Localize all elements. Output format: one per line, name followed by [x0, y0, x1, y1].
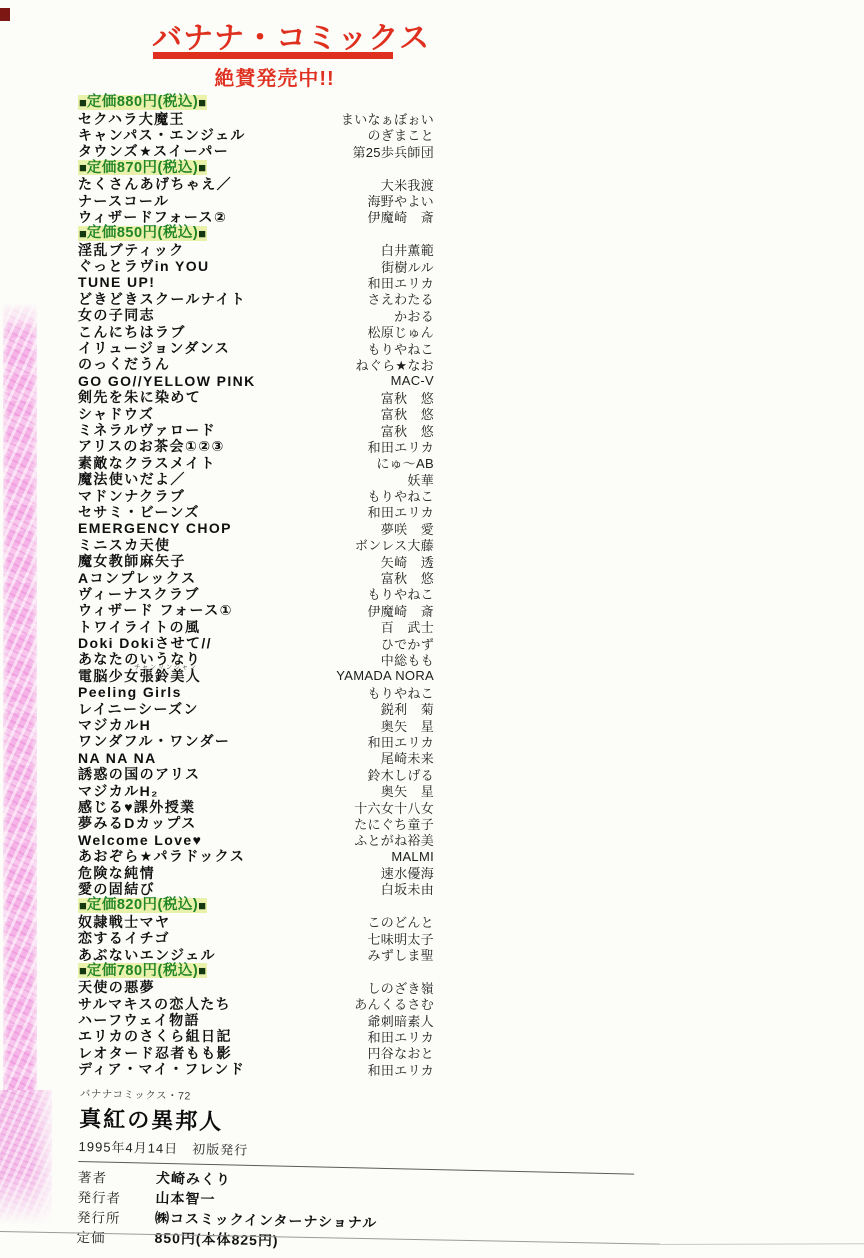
author-text: YAMADA NORA: [336, 668, 434, 683]
catalog-row: 夢みるDカップスたにぐち童子: [78, 815, 434, 831]
colophon-fields: 著者犬崎みくり発行者山本智一発行所㈱コスミックインターナショナル定価850円(本…: [76, 1166, 644, 1258]
price-label: 定価870円(税込): [87, 161, 198, 176]
author-text: 第25歩兵師団: [352, 142, 434, 161]
catalog-row: ぐっとラヴin YOU街樹ルル: [78, 258, 434, 274]
author-text: 伊魔崎 斎: [367, 207, 434, 226]
field-label: 著者: [78, 1166, 156, 1188]
catalog-row: ワンダフル・ワンダー和田エリカ: [78, 733, 434, 749]
series-logo: バナナ・コミックス: [152, 13, 397, 57]
field-value: 850円(本体825円): [154, 1228, 278, 1251]
black-square-icon: ■: [198, 161, 206, 174]
title-text: あぶないエンジェル: [78, 945, 216, 965]
black-square-icon: ■: [198, 96, 206, 109]
price-header: ■定価850円(税込)■: [78, 226, 207, 241]
black-square-icon: ■: [79, 964, 87, 977]
scan-artifact-corner: [0, 8, 10, 21]
author-text: 中総もも: [381, 650, 434, 669]
furigana-text: チャンリンシャン: [134, 662, 198, 671]
price-label: 定価820円(税込): [87, 898, 198, 913]
title-text: タウンズ★スイーパー: [78, 141, 229, 161]
field-value: 犬崎みくり: [156, 1168, 231, 1190]
field-label: 定価: [76, 1226, 154, 1248]
author-text: MAC-V: [391, 373, 434, 388]
author-text: MALMI: [391, 849, 434, 864]
price-label: 定価880円(税込): [87, 95, 198, 110]
black-square-icon: ■: [79, 227, 87, 240]
black-square-icon: ■: [198, 227, 206, 240]
colophon: バナナコミックス・72 真紅の異邦人 1995年4月14日 初版発行 著者犬崎み…: [76, 1086, 645, 1258]
title-text: ウィザードフォース②: [78, 207, 227, 227]
author-text: ねぐら★なお: [356, 355, 434, 374]
catalog-row: ディア・マイ・フレンド和田エリカ: [78, 1061, 434, 1077]
field-label: 発行者: [77, 1186, 155, 1208]
pink-page-edge-strip-bottom: [0, 1090, 52, 1230]
title-text: ディア・マイ・フレンド: [78, 1059, 245, 1079]
title-text: 電脳少女張鈴美人チャンリンシャン: [78, 666, 201, 686]
catalog-row: あぶないエンジェルみずしま聖: [78, 946, 434, 962]
black-square-icon: ■: [79, 96, 87, 109]
price-label: 定価850円(税込): [87, 226, 198, 241]
author-text: 和田エリカ: [368, 1060, 434, 1079]
field-label: 発行所: [77, 1206, 155, 1228]
black-square-icon: ■: [79, 161, 87, 174]
title-text: 夢みるDカップス: [78, 813, 197, 833]
author-text: みずしま聖: [367, 945, 434, 964]
price-header: ■定価880円(税込)■: [78, 95, 207, 110]
scanned-book-page: バナナ・コミックス 絶賛発売中!! ■定価880円(税込)■セクハラ大魔王まいな…: [0, 0, 864, 1258]
catalog-row: 愛の固結び白坂未由: [78, 881, 434, 897]
price-header: ■定価780円(税込)■: [78, 963, 207, 978]
author-text: 白坂未由: [381, 879, 434, 898]
title-text: セサミ・ビーンズ: [78, 502, 200, 522]
price-header: ■定価870円(税込)■: [78, 160, 207, 175]
catalog-row: セサミ・ビーンズ和田エリカ: [78, 504, 434, 520]
author-text: ふとがね裕美: [354, 830, 434, 849]
series-logo-underline: [153, 52, 393, 59]
title-text: 愛の固結び: [78, 879, 155, 899]
title-text: ワンダフル・ワンダー: [78, 731, 230, 751]
field-value: 山本智一: [155, 1188, 215, 1209]
title-text: のっくだうん: [78, 354, 170, 374]
catalog-row: のっくだうんねぐら★なお: [78, 356, 434, 372]
catalog-list: ■定価880円(税込)■セクハラ大魔王まいなぁぼぉいキャンパス・エンジェルのぎま…: [78, 94, 434, 1077]
title-text: ぐっとラヴin YOU: [78, 256, 210, 276]
catalog-row: 電脳少女張鈴美人チャンリンシャンYAMADA NORA: [78, 668, 434, 684]
black-square-icon: ■: [79, 899, 87, 912]
black-square-icon: ■: [198, 899, 206, 912]
price-header: ■定価820円(税込)■: [78, 898, 207, 913]
price-label: 定価780円(税込): [87, 964, 198, 979]
catalog-row: ウィザードフォース②伊魔崎 斎: [78, 209, 434, 225]
black-square-icon: ■: [198, 964, 206, 977]
catalog-row: タウンズ★スイーパー第25歩兵師団: [78, 143, 434, 159]
page-edge-line-2: [652, 1243, 864, 1245]
sale-banner: 絶賛発売中!!: [152, 62, 397, 91]
